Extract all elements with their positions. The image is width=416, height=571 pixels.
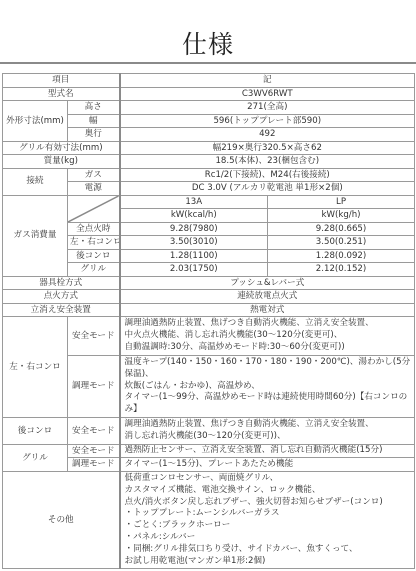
dimension-width-label: 幅 — [68, 114, 120, 128]
gas-row-label: グリル — [68, 263, 120, 277]
table-row: 立消え安全装置 熱電対式 — [3, 303, 415, 317]
gas-row-lp: 9.28(0.665) — [268, 222, 415, 236]
connection-power-value: DC 3.0V (アルカリ乾電池 単1形×2個) — [120, 182, 415, 196]
gas-row-label: 左・右コンロ — [68, 236, 120, 250]
other-line: ・ごとく:ブラックホーロー — [125, 520, 413, 532]
lr-cooking-line: タイマー(1〜99分、高温炒めモード時は連続使用時間60分)【右コンロのみ】 — [125, 392, 413, 416]
grill-cooking-value: タイマー(1〜15分)、プレートあたため機能 — [120, 458, 415, 472]
dimensions-label: 外形寸法(mm) — [3, 101, 68, 142]
gas-row-lp: 3.50(0.251) — [268, 236, 415, 250]
table-row: 質量(kg) 18.5(本体)、23(梱包含む) — [3, 155, 415, 169]
other-value: 低荷重コンロセンサー、両面焼グリル、 カスタマイズ機能、電池交換サイン、ロック機… — [120, 471, 415, 568]
table-row: 外形寸法(mm) 高さ 271(全高) — [3, 101, 415, 115]
dimension-width-value: 596(トッププレート部590) — [120, 114, 415, 128]
other-line: ・同梱:グリル排気口ちり受け、サイドカバー、魚すくって、 — [125, 544, 413, 556]
connection-gas-label: ガス — [68, 168, 120, 182]
connection-gas-value: Rc1/2(下接続)、M24(右後接続) — [120, 168, 415, 182]
gas-consumption-label: ガス消費量 — [3, 195, 68, 276]
table-row: 型式名 C3WV6RWT — [3, 87, 415, 101]
diagonal-cell — [68, 195, 120, 222]
connection-label: 接続 — [3, 168, 68, 195]
header-item: 項目 — [3, 74, 120, 88]
rear-burner-label: 後コンロ — [3, 417, 68, 444]
table-row: 後コンロ 安全モード 調理油過熱防止装置、焦げつき自動消火機能、立消え安全装置、… — [3, 417, 415, 444]
lr-safety-line: 中火点火機能、消し忘れ消火機能(30〜120分(変更可)、 — [125, 330, 413, 342]
header-value: 記 — [120, 74, 415, 88]
diagonal-line-icon — [68, 196, 119, 222]
gas-lp-unit: kW(kg/h) — [268, 209, 415, 223]
lr-safety-line: 自動温調時:30分、高温炒めモード時:30〜60分(変更可)) — [125, 342, 413, 354]
gas-13a-unit: kW(kcal/h) — [120, 209, 268, 223]
gas-row-13a: 2.03(1750) — [120, 263, 268, 277]
valve-value: プッシュ&レバー式 — [120, 276, 415, 290]
grill-safety-label: 安全モード — [68, 444, 120, 458]
model-value: C3WV6RWT — [120, 87, 415, 101]
lr-safety-line: 調理油過熱防止装置、焦げつき自動消火機能、立消え安全装置、 — [125, 318, 413, 330]
grill-safety-value: 過熱防止センサー、立消え安全装置、消し忘れ自動消火機能(15分) — [120, 444, 415, 458]
grill-cooking-label: 調理モード — [68, 458, 120, 472]
gas-row-label: 後コンロ — [68, 249, 120, 263]
ignition-value: 連続放電点火式 — [120, 290, 415, 304]
gas-row-lp: 2.12(0.152) — [268, 263, 415, 277]
dimension-depth-label: 奥行 — [68, 128, 120, 142]
other-label: その他 — [3, 471, 120, 568]
rear-safety-label: 安全モード — [68, 417, 120, 444]
table-row: ガス消費量 13A LP — [3, 195, 415, 209]
other-line: カスタマイズ機能、電池交換サイン、ロック機能、 — [125, 485, 413, 497]
lr-safety-label: 安全モード — [68, 317, 120, 356]
lr-cooking-label: 調理モード — [68, 356, 120, 418]
other-line: 低荷重コンロセンサー、両面焼グリル、 — [125, 473, 413, 485]
gas-lp-header: LP — [268, 195, 415, 209]
other-line: お試し用乾電池(マンガン単1形:2個) — [125, 556, 413, 568]
flame-safety-label: 立消え安全装置 — [3, 303, 120, 317]
gas-row-lp: 1.28(0.092) — [268, 249, 415, 263]
weight-value: 18.5(本体)、23(梱包含む) — [120, 155, 415, 169]
dimension-height-label: 高さ — [68, 101, 120, 115]
weight-label: 質量(kg) — [3, 155, 120, 169]
lr-cooking-value: 温度キープ(140・150・160・170・180・190・200℃)、湯わかし… — [120, 356, 415, 418]
grill-size-label: グリル有効寸法(mm) — [3, 141, 120, 155]
lr-cooking-line: 温度キープ(140・150・160・170・180・190・200℃)、湯わかし… — [125, 357, 413, 381]
table-row: その他 低荷重コンロセンサー、両面焼グリル、 カスタマイズ機能、電池交換サイン、… — [3, 471, 415, 568]
grill-size-value: 幅219×奥行320.5×高さ62 — [120, 141, 415, 155]
other-line: ・トッププレート:ムーンシルバーガラス — [125, 508, 413, 520]
other-line: ・パネル:シルバー — [125, 532, 413, 544]
gas-13a-header: 13A — [120, 195, 268, 209]
rear-safety-value: 調理油過熱防止装置、焦げつき自動消火機能、立消え安全装置、 消し忘れ消火機能(3… — [120, 417, 415, 444]
other-line: 点火/消火ボタン戻し忘れブザー、強火切替お知らせブザー(コンロ) — [125, 497, 413, 509]
flame-safety-value: 熱電対式 — [120, 303, 415, 317]
lr-safety-value: 調理油過熱防止装置、焦げつき自動消火機能、立消え安全装置、 中火点火機能、消し忘… — [120, 317, 415, 356]
table-row: グリル 安全モード 過熱防止センサー、立消え安全装置、消し忘れ自動消火機能(15… — [3, 444, 415, 458]
table-row: 接続 ガス Rc1/2(下接続)、M24(右後接続) — [3, 168, 415, 182]
gas-row-label: 全点火時 — [68, 222, 120, 236]
dimension-depth-value: 492 — [120, 128, 415, 142]
lr-burner-label: 左・右コンロ — [3, 317, 68, 418]
table-row: グリル有効寸法(mm) 幅219×奥行320.5×高さ62 — [3, 141, 415, 155]
lr-cooking-line: 炊飯(ごはん・おかゆ)、高温炒め、 — [125, 381, 413, 393]
model-label: 型式名 — [3, 87, 120, 101]
valve-label: 器具栓方式 — [3, 276, 120, 290]
rear-safety-line: 消し忘れ消火機能(30〜120分(変更可))、 — [125, 431, 413, 443]
table-row: 点火方式 連続放電点火式 — [3, 290, 415, 304]
gas-row-13a: 9.28(7980) — [120, 222, 268, 236]
table-row: 左・右コンロ 安全モード 調理油過熱防止装置、焦げつき自動消火機能、立消え安全装… — [3, 317, 415, 356]
table-header-row: 項目 記 — [3, 74, 415, 88]
dimension-height-value: 271(全高) — [120, 101, 415, 115]
gas-row-13a: 1.28(1100) — [120, 249, 268, 263]
gas-row-13a: 3.50(3010) — [120, 236, 268, 250]
connection-power-label: 電源 — [68, 182, 120, 196]
title-divider — [0, 62, 416, 64]
rear-safety-line: 調理油過熱防止装置、焦げつき自動消火機能、立消え安全装置、 — [125, 419, 413, 431]
table-row: 器具栓方式 プッシュ&レバー式 — [3, 276, 415, 290]
page-title: 仕様 — [0, 30, 416, 60]
grill-label: グリル — [3, 444, 68, 471]
spec-table: 項目 記 型式名 C3WV6RWT 外形寸法(mm) 高さ 271(全高) 幅 … — [2, 73, 415, 569]
ignition-label: 点火方式 — [3, 290, 120, 304]
